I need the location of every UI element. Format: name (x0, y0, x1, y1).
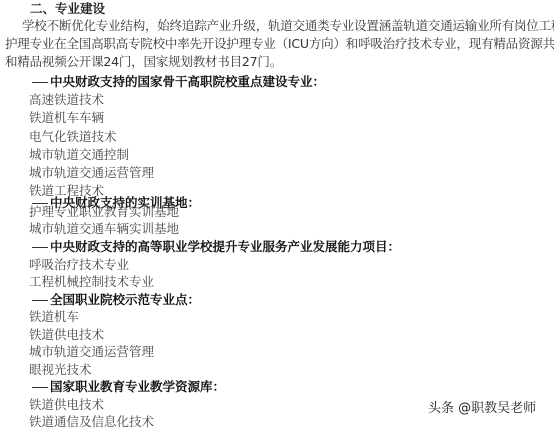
dash-divider (32, 300, 48, 301)
group-heading: 全国职业院校示范专业点： (32, 291, 200, 309)
group-heading-text: 国家职业教育专业教学资源库： (50, 379, 225, 394)
group-heading-text: 中央财政支持的高等职业学校提升专业服务产业发展能力项目： (50, 239, 400, 254)
paragraph-line-3: 和精品视频公开课24门，国家规划教材书目27门。 (5, 53, 550, 71)
list-item: 铁道机车车辆 (29, 109, 104, 127)
list-item: 高速铁道技术 (29, 91, 104, 109)
list-item: 铁道机车 (29, 308, 79, 326)
list-item: 铁道供电技术 (29, 396, 104, 414)
dash-divider (32, 82, 48, 83)
group-heading: 中央财政支持的高等职业学校提升专业服务产业发展能力项目： (32, 238, 400, 256)
list-item: 城市轨道交通控制 (29, 146, 129, 164)
paragraph-line-1: 学校不断优化专业结构，始终追踪产业升级，轨道交通类专业设置涵盖轨道交通运输业所有… (22, 17, 554, 35)
list-item: 铁道通信及信息化技术 (29, 413, 154, 428)
watermark: 头条 @职教吴老师 (428, 397, 536, 416)
section-title: 二、专业建设 (30, 0, 105, 18)
dash-divider (32, 247, 48, 248)
group-heading-text: 全国职业院校示范专业点： (50, 292, 200, 307)
dash-divider (32, 387, 48, 388)
list-item: 工程机械控制技术专业 (29, 273, 154, 291)
list-item: 城市轨道交通运营管理 (29, 343, 154, 361)
list-item: 呼吸治疗技术专业 (29, 256, 129, 274)
group-heading: 中央财政支持的国家骨干高职院校重点建设专业： (32, 73, 325, 91)
list-item: 电气化铁道技术 (29, 128, 117, 146)
list-item: 铁道供电技术 (29, 326, 104, 344)
group-heading: 国家职业教育专业教学资源库： (32, 378, 225, 396)
list-item: 护理专业职业教育实训基地 (29, 203, 179, 221)
list-item: 城市轨道交通运营管理 (29, 164, 154, 182)
list-item: 眼视光技术 (29, 361, 92, 379)
list-item: 城市轨道交通车辆实训基地 (29, 220, 179, 238)
group-heading-text: 中央财政支持的国家骨干高职院校重点建设专业： (50, 74, 325, 89)
paragraph-line-2: 护理专业在全国高职高专院校中率先开设护理专业（ICU方向）和呼吸治疗技术专业，现… (5, 35, 550, 53)
